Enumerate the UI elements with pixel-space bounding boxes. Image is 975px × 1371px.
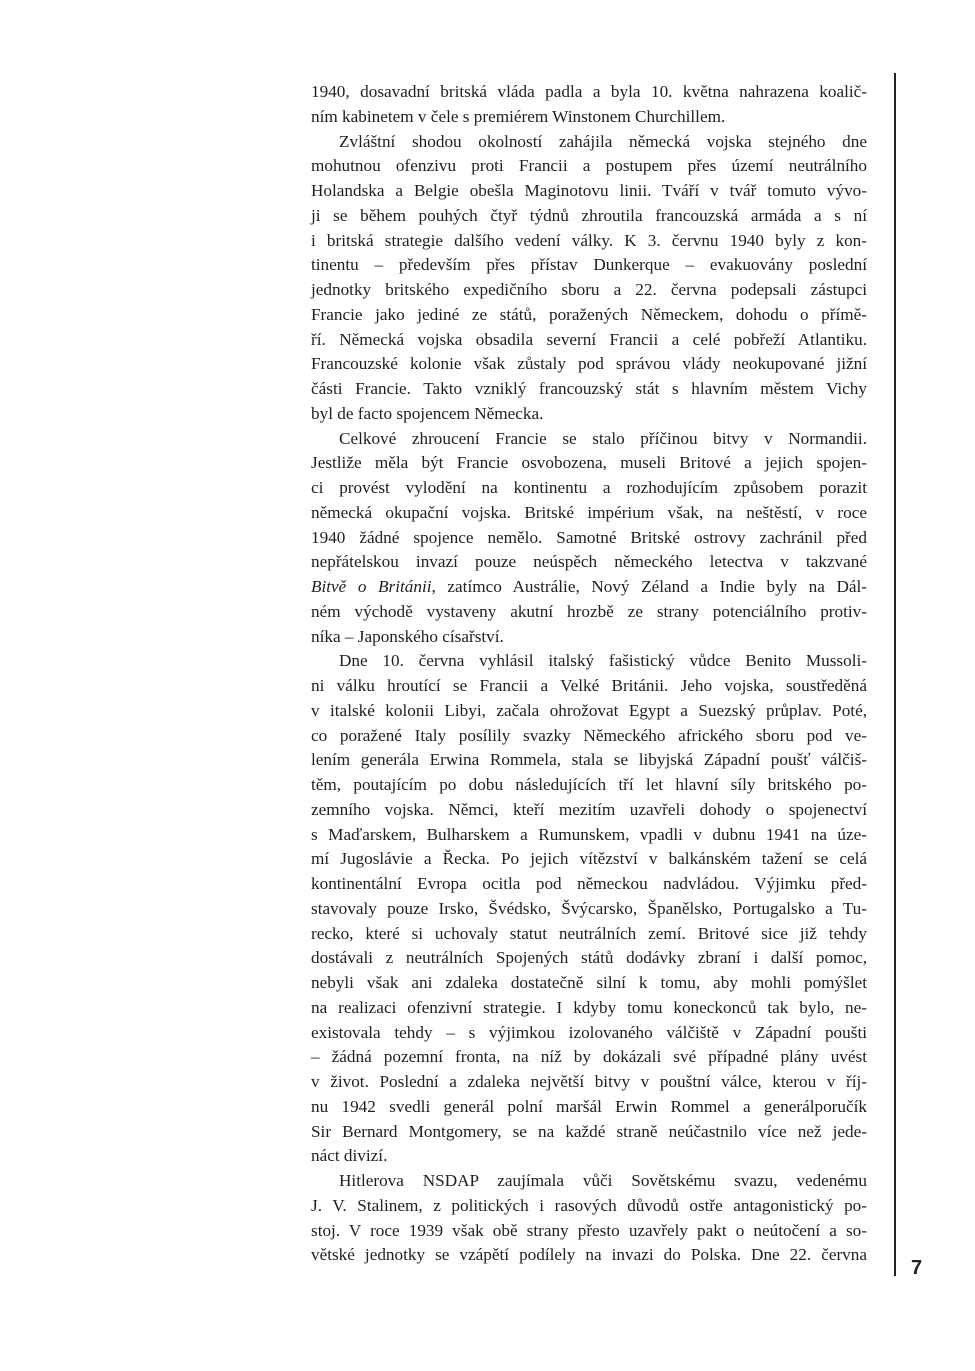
text-line: J. V. Stalinem, z politických i rasových… — [311, 1194, 867, 1219]
text-line: recko, které si uchovaly statut neutráln… — [311, 922, 867, 947]
text-line: co poražené Italy posílily svazky Německ… — [311, 724, 867, 749]
book-page: 1940, dosavadní britská vláda padla a by… — [0, 0, 975, 1371]
page-number: 7 — [911, 1257, 922, 1280]
text-line: nepřátelskou invazí pouze neúspěch němec… — [311, 550, 867, 575]
text-line: jednotky britského expedičního sboru a 2… — [311, 278, 867, 303]
text-line: níka – Japonského císařství. — [311, 625, 867, 650]
text-line: ci provést vylodění na kontinentu a rozh… — [311, 476, 867, 501]
text-line: v italské kolonii Libyi, začala ohrožova… — [311, 699, 867, 724]
text-line: Sir Bernard Montgomery, se na každé stra… — [311, 1120, 867, 1145]
text-line: větské jednotky se vzápětí podílely na i… — [311, 1243, 867, 1268]
text-line: ném východě vystaveny akutní hrozbě ze s… — [311, 600, 867, 625]
text-line: lením generála Erwina Rommela, stala se … — [311, 748, 867, 773]
italic-title: Bitvě o Británii — [311, 577, 432, 596]
text-line: Francouzské kolonie však zůstaly pod spr… — [311, 352, 867, 377]
text-line: Zvláštní shodou okolností zahájila němec… — [311, 130, 867, 155]
text-line: ji se během pouhých čtyř týdnů zhroutila… — [311, 204, 867, 229]
text-line: na realizaci ofenzivní strategie. I kdyb… — [311, 996, 867, 1021]
text-line: v život. Poslední a zdaleka největší bit… — [311, 1070, 867, 1095]
text-line: i britská strategie dalšího vedení války… — [311, 229, 867, 254]
text-line: kontinentální Evropa ocitla pod německou… — [311, 872, 867, 897]
text-line: stoj. V roce 1939 však obě strany přesto… — [311, 1219, 867, 1244]
text-line: nebyli však ani zdaleka dostatečně silní… — [311, 971, 867, 996]
text-line: Jestliže měla být Francie osvobozena, mu… — [311, 451, 867, 476]
text-line: nu 1942 svedli generál polní maršál Erwi… — [311, 1095, 867, 1120]
text-line: Holandska a Belgie obešla Maginotovu lin… — [311, 179, 867, 204]
text-line: 1940 žádné spojence nemělo. Samotné Brit… — [311, 526, 867, 551]
paragraph: Dne 10. června vyhlásil italský fašistic… — [311, 649, 867, 1169]
paragraph: Zvláštní shodou okolností zahájila němec… — [311, 130, 867, 427]
text-line: stavovaly pouze Irsko, Švédsko, Švýcarsk… — [311, 897, 867, 922]
text-line: existovala tehdy – s výjimkou izolovanéh… — [311, 1021, 867, 1046]
text-line: ří. Německá vojska obsadila severní Fran… — [311, 328, 867, 353]
text-line: německá okupační vojska. Britské impériu… — [311, 501, 867, 526]
text-line: Francie jako jediné ze států, poražených… — [311, 303, 867, 328]
text-line: ni válku hroutící se Francii a Velké Bri… — [311, 674, 867, 699]
text-line: Bitvě o Británii, zatímco Austrálie, Nov… — [311, 575, 867, 600]
text-line: Hitlerova NSDAP zaujímala vůči Sovětském… — [311, 1169, 867, 1194]
text-line: těm, poutajícím po dobu následujících tř… — [311, 773, 867, 798]
margin-rule — [894, 73, 896, 1276]
text-line: tinentu – především přes přístav Dunkerq… — [311, 253, 867, 278]
text-line: Celkové zhroucení Francie se stalo příči… — [311, 427, 867, 452]
text-line: části Francie. Takto vzniklý francouzský… — [311, 377, 867, 402]
paragraph: Celkové zhroucení Francie se stalo příči… — [311, 427, 867, 650]
body-text: 1940, dosavadní britská vláda padla a by… — [311, 80, 867, 1268]
text-line: – žádná pozemní fronta, na níž by dokáza… — [311, 1045, 867, 1070]
paragraph: Hitlerova NSDAP zaujímala vůči Sovětském… — [311, 1169, 867, 1268]
text-line: Dne 10. června vyhlásil italský fašistic… — [311, 649, 867, 674]
paragraph: 1940, dosavadní britská vláda padla a by… — [311, 80, 867, 130]
text-line: ním kabinetem v čele s premiérem Winston… — [311, 105, 867, 130]
text-line: dostávali z neutrálních Spojených států … — [311, 946, 867, 971]
text-line: 1940, dosavadní britská vláda padla a by… — [311, 80, 867, 105]
text-line: mohutnou ofenzivu proti Francii a postup… — [311, 154, 867, 179]
text-line: zemního vojska. Němci, kteří mezitím uza… — [311, 798, 867, 823]
text-line: s Maďarskem, Bulharskem a Rumunskem, vpa… — [311, 823, 867, 848]
text-line: náct divizí. — [311, 1144, 867, 1169]
text-line: mí Jugoslávie a Řecka. Po jejich vítězst… — [311, 847, 867, 872]
text-line: byl de facto spojencem Německa. — [311, 402, 867, 427]
